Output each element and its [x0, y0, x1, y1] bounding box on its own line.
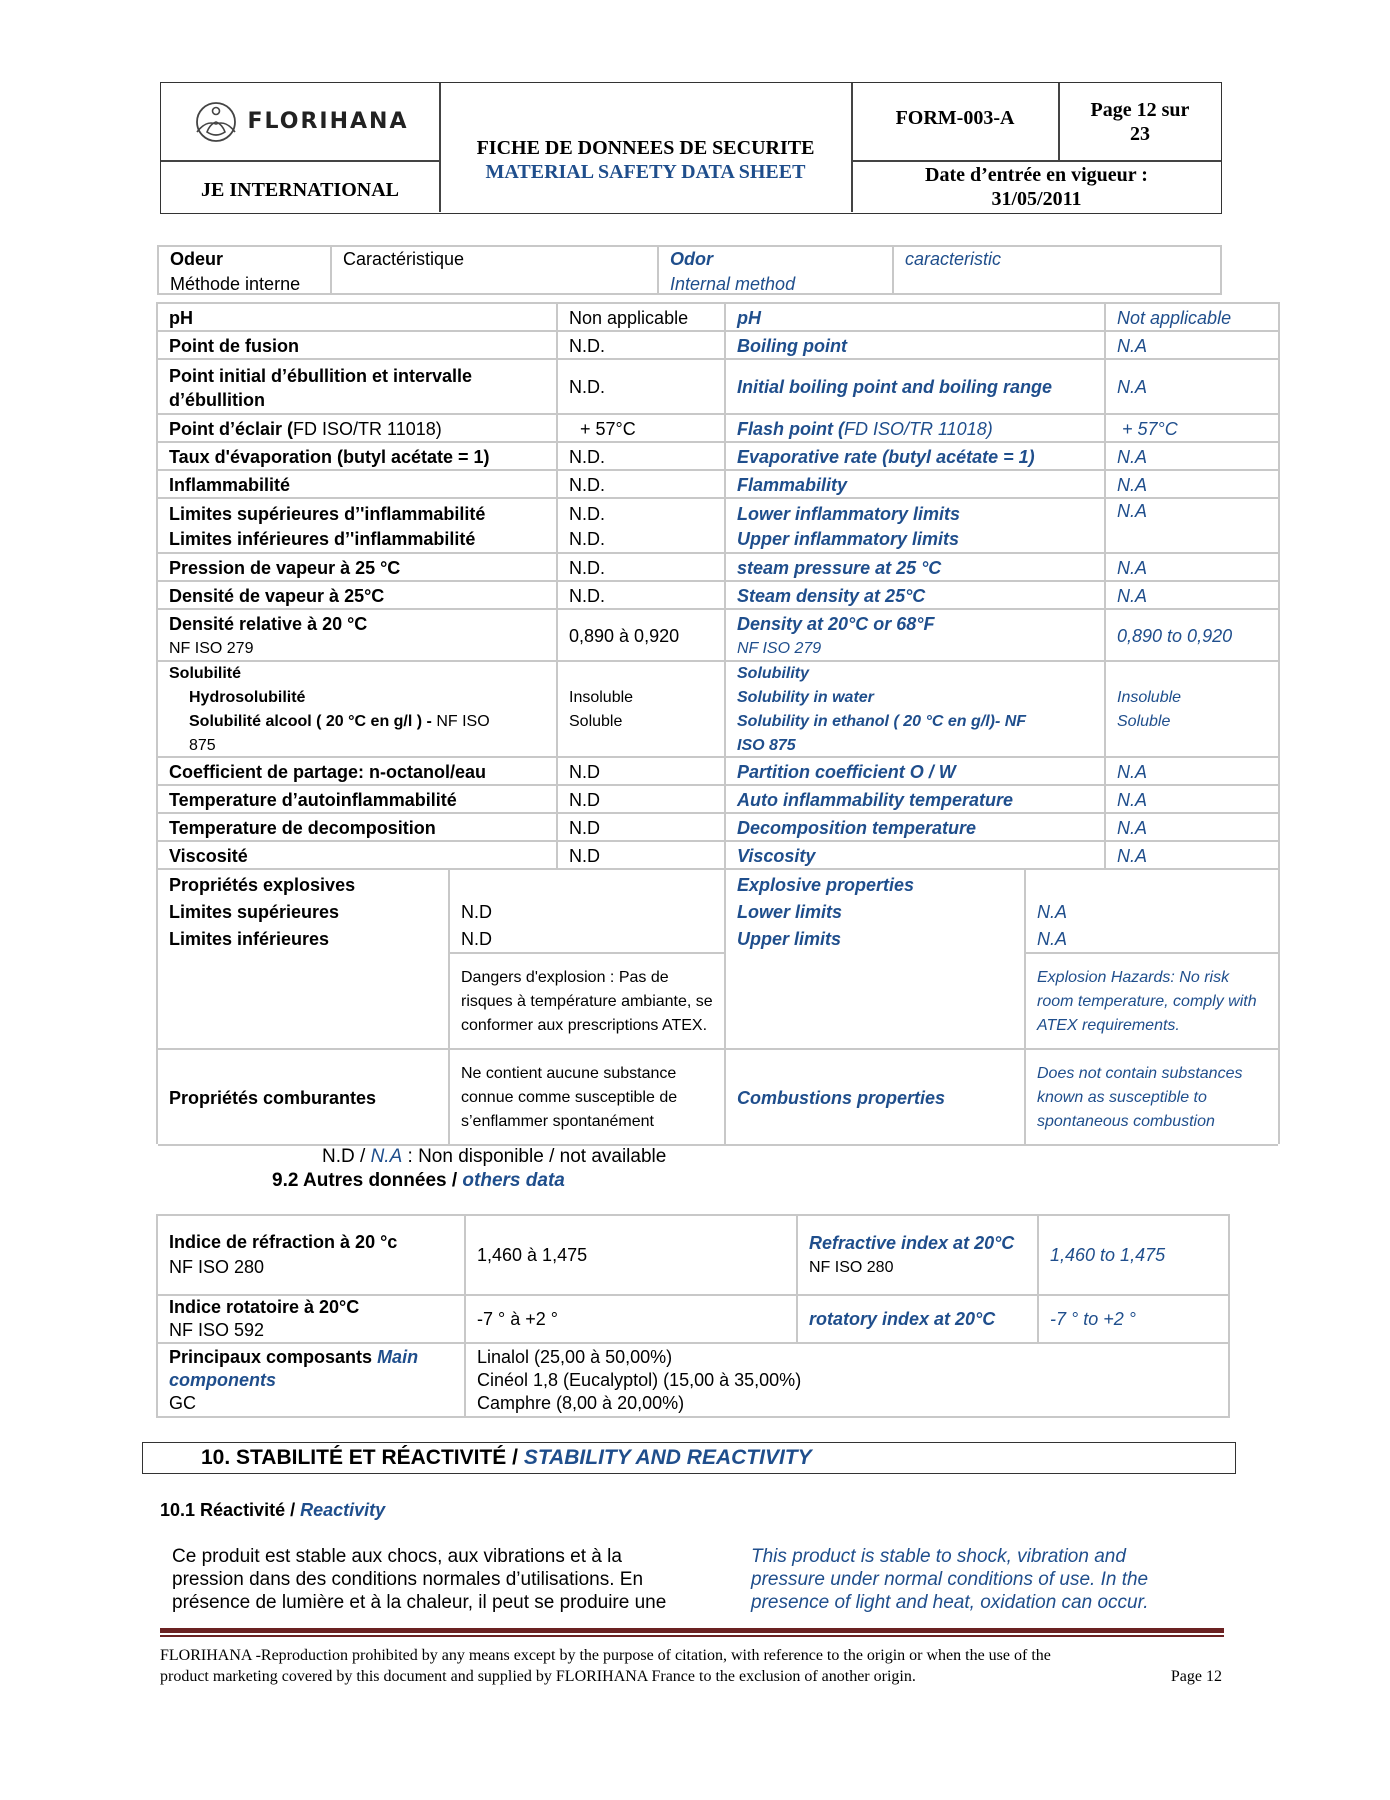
- cell-divider: [724, 360, 726, 415]
- refraction-value-en: 1,460 to 1,475: [1039, 1216, 1228, 1294]
- property-value-en: N.A: [1117, 499, 1267, 524]
- effective-date-value: 31/05/2011: [991, 187, 1081, 211]
- cell-divider: [448, 870, 450, 1050]
- property-name-fr: Pression de vapeur à 25 °C: [169, 556, 545, 581]
- property-value-fr: InsolubleSoluble: [558, 662, 724, 758]
- property-label-en: Partition coefficient O / W: [726, 758, 1104, 786]
- cell-divider: [1104, 610, 1106, 662]
- property-name-en: Initial boiling point and boiling range: [737, 375, 1093, 400]
- table-row: pHNon applicablepHNot applicable: [158, 304, 1278, 332]
- property-value-fr: Non applicable: [569, 306, 713, 331]
- property-value-en: N.A: [1117, 788, 1267, 813]
- rotatory-title-fr: Indice rotatoire à 20°C: [169, 1296, 453, 1319]
- property-name-en: Viscosity: [737, 844, 1093, 869]
- rotatory-label-fr: Indice rotatoire à 20°C NF ISO 592: [158, 1296, 464, 1342]
- cell-divider: [724, 610, 726, 662]
- reactivity-title-fr: 10.1 Réactivité /: [160, 1500, 300, 1520]
- footer-line-1: FLORIHANA -Reproduction prohibited by an…: [160, 1645, 1230, 1666]
- cell-divider: [556, 786, 558, 814]
- property-value-fr: N.D: [558, 814, 724, 842]
- property-label-fr: Point d’éclair (FD ISO/TR 11018): [158, 415, 556, 443]
- rotatory-norm-fr: NF ISO 592: [169, 1319, 453, 1342]
- property-norm-fr: FD ISO/TR 11018): [293, 419, 442, 439]
- abbreviation-legend: N.D / N.A : Non disponible / not availab…: [322, 1145, 666, 1169]
- cell-divider: [1104, 662, 1106, 758]
- oxidizing-label-fr: Propriétés comburantes: [158, 1050, 448, 1146]
- cell-divider: [448, 952, 724, 954]
- table-row: Limites supérieures d’'inflammabilitéLim…: [158, 499, 1278, 554]
- property-value-en: N.A: [1106, 814, 1278, 842]
- property-value-fr: N.D: [558, 758, 724, 786]
- cell-divider: [1024, 870, 1026, 1050]
- table-row: Coefficient de partage: n-octanol/eauN.D…: [158, 758, 1278, 786]
- section-9-2-title-fr: 9.2 Autres données /: [272, 1170, 462, 1191]
- property-label-fr: Coefficient de partage: n-octanol/eau: [158, 758, 556, 786]
- explosive-limit-value-fr: N.D: [461, 899, 713, 926]
- cell-divider: [556, 471, 558, 499]
- solubility-norm-fr: NF ISO: [436, 713, 489, 730]
- components-method: GC: [169, 1392, 453, 1415]
- property-label-fr: Limites supérieures d’'inflammabilitéLim…: [158, 499, 556, 554]
- property-label-en: Viscosity: [726, 842, 1104, 870]
- cell-divider: [556, 842, 558, 870]
- property-norm-fr: NF ISO 279: [169, 637, 545, 660]
- table-row: Point initial d’ébullition et intervalle…: [158, 360, 1278, 415]
- property-value-en: N.A: [1106, 471, 1278, 499]
- property-value-fr: N.D.: [569, 473, 713, 498]
- property-value-en: N.A: [1117, 844, 1267, 869]
- property-value-fr: N.D.: [569, 556, 713, 581]
- property-name-fr: pH: [169, 306, 545, 331]
- solubility-alcohol-fr: Solubilité alcool ( 20 °C en g/l ) -: [189, 713, 436, 730]
- property-name-en: Decomposition temperature: [737, 816, 1093, 841]
- reactivity-text-en: This product is stable to shock, vibrati…: [751, 1545, 1231, 1614]
- explosive-limits-en: N.AN.A: [1026, 897, 1278, 951]
- property-value-fr: + 57°C: [580, 417, 713, 442]
- property-name-en: Auto inflammability temperature: [737, 788, 1093, 813]
- property-value-en: N.A: [1106, 758, 1278, 786]
- cell-divider: [724, 1050, 726, 1146]
- property-value-en: 0,890 to 0,920: [1117, 624, 1267, 649]
- property-name-en: Lower inflammatory limits: [737, 502, 1093, 527]
- property-value-en: N.A: [1117, 445, 1267, 470]
- property-value-fr: N.D.: [569, 584, 713, 609]
- cell-divider: [556, 662, 558, 758]
- cell-divider: [724, 554, 726, 582]
- cell-divider: [556, 610, 558, 662]
- cell-divider: [1104, 842, 1106, 870]
- explosive-line-fr: Propriétés explosives: [169, 872, 437, 899]
- explosive-line-en: Explosive properties: [737, 872, 1013, 899]
- explosive-line-en: Upper limits: [737, 926, 1013, 953]
- section-10-title-en: STABILITY AND REACTIVITY: [524, 1446, 812, 1469]
- refraction-label-en: Refractive index at 20°C NF ISO 280: [798, 1216, 1037, 1294]
- property-value-fr: N.D.: [558, 554, 724, 582]
- table-row: Densité relative à 20 °CNF ISO 2790,890 …: [158, 610, 1278, 662]
- property-value-fr: N.D.: [558, 443, 724, 471]
- section-9-2-heading: 9.2 Autres données / others data: [272, 1169, 565, 1193]
- odor-value-en: caracteristic: [894, 247, 1219, 272]
- page-info: Page 12 sur 23: [1059, 83, 1221, 160]
- refraction-value-fr: 1,460 à 1,475: [466, 1216, 796, 1294]
- property-value-en: N.A: [1117, 816, 1267, 841]
- property-name-fr: Limites supérieures d’'inflammabilité: [169, 502, 545, 527]
- table-row: Taux d'évaporation (butyl acétate = 1)N.…: [158, 443, 1278, 471]
- property-label-en: Steam density at 25°C: [726, 582, 1104, 610]
- reactivity-title-en: Reactivity: [300, 1500, 385, 1520]
- property-value-en: N.A: [1106, 554, 1278, 582]
- table-row: Point de fusionN.D.Boiling pointN.A: [158, 332, 1278, 360]
- property-label-fr: Point de fusion: [158, 332, 556, 360]
- component-item: Cinéol 1,8 (Eucalyptol) (15,00 à 35,00%): [477, 1369, 1215, 1392]
- components-label: Principaux composants Main components GC: [158, 1344, 464, 1416]
- cell-divider: [1104, 554, 1106, 582]
- title-fr: FICHE DE DONNEES DE SECURITE: [477, 136, 815, 160]
- cell-divider: [448, 1050, 450, 1146]
- legend-text: : Non disponible / not available: [402, 1146, 666, 1167]
- property-name-fr: Point initial d’ébullition et intervalle…: [169, 364, 545, 412]
- footer-page-number: Page 12: [1160, 1666, 1222, 1687]
- table-row: Densité de vapeur à 25°CN.D.Steam densit…: [158, 582, 1278, 610]
- brand-name: FLORIHANA: [248, 110, 409, 134]
- explosive-line-fr: Limites supérieures: [169, 899, 437, 926]
- legend-nd: N.D /: [322, 1146, 371, 1167]
- property-name-en: Partition coefficient O / W: [737, 760, 1093, 785]
- property-value-en: N.A: [1106, 499, 1278, 554]
- table-row: Temperature de decompositionN.DDecomposi…: [158, 814, 1278, 842]
- cell-divider: [1024, 1050, 1026, 1146]
- table-row: InflammabilitéN.D.FlammabilityN.A: [158, 471, 1278, 499]
- lotus-logo-icon: [192, 98, 240, 146]
- property-value-en: N.A: [1117, 375, 1267, 400]
- cell-divider: [724, 499, 726, 554]
- cell-divider: [556, 582, 558, 610]
- cell-divider: [724, 786, 726, 814]
- property-value-en: + 57°C: [1106, 415, 1278, 443]
- reactivity-line-fr: pression dans des conditions normales d’…: [172, 1568, 732, 1591]
- property-value-fr: 0,890 à 0,920: [569, 624, 713, 649]
- property-value-en: N.A: [1117, 334, 1267, 359]
- document-title: FICHE DE DONNEES DE SECURITE MATERIAL SA…: [440, 83, 851, 213]
- property-name-fr: Point d’éclair (: [169, 419, 293, 439]
- property-name-fr: Point de fusion: [169, 334, 545, 359]
- property-label-en: Lower inflammatory limitsUpper inflammat…: [726, 499, 1104, 554]
- property-value-en: N.A: [1106, 332, 1278, 360]
- cell-divider: [556, 304, 558, 332]
- reactivity-line-fr: Ce produit est stable aux chocs, aux vib…: [172, 1545, 732, 1568]
- component-item: Camphre (8,00 à 20,00%): [477, 1392, 1215, 1415]
- cell-divider: [724, 814, 726, 842]
- property-value-fr: N.D.: [558, 471, 724, 499]
- property-value-fr: N.D.: [569, 375, 713, 400]
- property-value-en: Not applicable: [1106, 304, 1278, 332]
- cell-divider: [556, 554, 558, 582]
- cell-divider: [556, 332, 558, 360]
- cell-divider: [1104, 499, 1106, 554]
- property-value-en: N.A: [1106, 443, 1278, 471]
- property-value-fr: N.D: [569, 816, 713, 841]
- solubility-value-fr: Soluble: [569, 710, 713, 734]
- solubility-norm-cont-fr: 875: [169, 734, 545, 758]
- property-label-en: Auto inflammability temperature: [726, 786, 1104, 814]
- property-name-fr: Viscosité: [169, 844, 545, 869]
- section-10-1-heading: 10.1 Réactivité / Reactivity: [160, 1498, 385, 1522]
- table-row: SolubilitéHydrosolubilitéSolubilité alco…: [158, 662, 1278, 758]
- components-list: Linalol (25,00 à 50,00%)Cinéol 1,8 (Euca…: [466, 1344, 1226, 1416]
- other-data-table: Indice de réfraction à 20 °c NF ISO 280 …: [156, 1214, 1230, 1418]
- property-name-en: Steam density at 25°C: [737, 584, 1093, 609]
- explosive-limit-value-en: N.A: [1037, 899, 1267, 926]
- cell-divider: [1104, 758, 1106, 786]
- property-name-fr: Temperature de decomposition: [169, 816, 545, 841]
- solubility-line-en: Solubility: [737, 662, 1093, 686]
- reactivity-line-fr: présence de lumière et à la chaleur, il …: [172, 1591, 732, 1614]
- effective-date: Date d’entrée en vigueur : 31/05/2011: [852, 161, 1221, 213]
- property-value-en: + 57°C: [1122, 417, 1267, 442]
- odor-method-fr: Méthode interne: [170, 272, 319, 297]
- property-value-en: InsolubleSoluble: [1106, 662, 1278, 758]
- refraction-label-fr: Indice de réfraction à 20 °c NF ISO 280: [158, 1216, 464, 1294]
- property-label-fr: Taux d'évaporation (butyl acétate = 1): [158, 443, 556, 471]
- property-value-en: 0,890 to 0,920: [1106, 610, 1278, 662]
- reactivity-line-en: This product is stable to shock, vibrati…: [751, 1545, 1231, 1568]
- property-label-fr: Temperature d’autoinflammabilité: [158, 786, 556, 814]
- oxidizing-value-en: Does not contain substances known as sus…: [1026, 1050, 1278, 1146]
- cell-divider: [724, 304, 726, 332]
- property-value-fr: Non applicable: [558, 304, 724, 332]
- odor-label-en: Odor Internal method: [659, 247, 892, 297]
- property-value-fr: N.D: [558, 842, 724, 870]
- property-norm-en: FD ISO/TR 11018): [844, 419, 993, 439]
- property-norm-en: NF ISO 279: [737, 637, 1093, 660]
- cell-divider: [1104, 332, 1106, 360]
- property-value-fr: N.D.: [558, 332, 724, 360]
- explosive-properties-row: Propriétés explosivesLimites supérieures…: [158, 870, 1278, 1050]
- rotatory-value-fr: -7 ° à +2 °: [466, 1296, 796, 1342]
- solubility-line-en: ISO 875: [737, 734, 1093, 758]
- cell-divider: [1104, 814, 1106, 842]
- refraction-title-fr: Indice de réfraction à 20 °c: [169, 1230, 453, 1255]
- cell-divider: [724, 443, 726, 471]
- company-name: JE INTERNATIONAL: [161, 161, 439, 213]
- property-value-fr: N.D: [569, 788, 713, 813]
- oxidizing-value-fr: Ne contient aucune substance connue comm…: [450, 1050, 724, 1146]
- property-label-en: Density at 20°C or 68°FNF ISO 279: [726, 610, 1104, 662]
- cell-divider: [1104, 443, 1106, 471]
- components-title-fr: Principaux composants: [169, 1347, 377, 1367]
- solubility-value-en: Soluble: [1117, 710, 1267, 734]
- solubility-line-en: Solubility in ethanol ( 20 °C en g/l)- N…: [737, 710, 1093, 734]
- title-en: MATERIAL SAFETY DATA SHEET: [486, 160, 806, 184]
- cell-divider: [1104, 786, 1106, 814]
- oxidizing-properties-row: Propriétés comburantesNe contient aucune…: [158, 1050, 1278, 1146]
- document-header: FLORIHANA JE INTERNATIONAL FICHE DE DONN…: [160, 82, 1222, 214]
- property-name-en: Flash point (: [737, 419, 844, 439]
- table-row: Point d’éclair (FD ISO/TR 11018)+ 57°CFl…: [158, 415, 1278, 443]
- property-value-fr: N.D: [569, 760, 713, 785]
- property-name-fr: Inflammabilité: [169, 473, 545, 498]
- brand-logo: FLORIHANA: [161, 83, 439, 160]
- solubility-value-fr: Insoluble: [569, 686, 713, 710]
- solubility-line-en: Solubility in water: [737, 686, 1093, 710]
- table-row: Temperature d’autoinflammabilitéN.DAuto …: [158, 786, 1278, 814]
- table-row: Pression de vapeur à 25 °CN.D.steam pres…: [158, 554, 1278, 582]
- property-name-fr: Densité de vapeur à 25°C: [169, 584, 545, 609]
- property-name-fr: Taux d'évaporation (butyl acétate = 1): [169, 445, 545, 470]
- cell-divider: [724, 662, 726, 758]
- property-name-en: steam pressure at 25 °C: [737, 556, 1093, 581]
- property-name-fr: Coefficient de partage: n-octanol/eau: [169, 760, 545, 785]
- property-value-fr: N.D: [558, 786, 724, 814]
- property-label-fr: Inflammabilité: [158, 471, 556, 499]
- odor-method-en: Internal method: [670, 272, 881, 297]
- property-label-en: Decomposition temperature: [726, 814, 1104, 842]
- odor-value-fr: Caractéristique: [332, 247, 657, 272]
- rotatory-label-en: rotatory index at 20°C: [798, 1296, 1037, 1342]
- property-value-en: N.A: [1106, 786, 1278, 814]
- cell-divider: [1104, 304, 1106, 332]
- property-name-en: Boiling point: [737, 334, 1093, 359]
- property-value-fr: N.D.: [569, 334, 713, 359]
- property-value-en: N.A: [1117, 556, 1267, 581]
- property-value-en: N.A: [1106, 842, 1278, 870]
- property-name-fr-2: Limites inférieures d’'inflammabilité: [169, 527, 545, 552]
- property-value-en: N.A: [1106, 360, 1278, 415]
- explosive-limit-value-fr: N.D: [461, 926, 713, 953]
- odor-label-fr: Odeur Méthode interne: [159, 247, 330, 293]
- component-item: Linalol (25,00 à 50,00%): [477, 1346, 1215, 1369]
- property-name-en: Evaporative rate (butyl acétate = 1): [737, 445, 1093, 470]
- reactivity-line-en: pressure under normal conditions of use.…: [751, 1568, 1231, 1591]
- property-value-en: N.A: [1117, 473, 1267, 498]
- explosive-limits-fr: N.DN.D: [450, 897, 724, 951]
- cell-divider: [724, 415, 726, 443]
- explosive-limit-value-en: N.A: [1037, 926, 1267, 953]
- solubility-title-fr: Solubilité: [169, 662, 545, 686]
- property-label-fr: pH: [158, 304, 556, 332]
- cell-divider: [556, 758, 558, 786]
- footer-rule: [160, 1628, 1224, 1633]
- cell-divider: [1024, 952, 1278, 954]
- property-label-fr: Densité relative à 20 °CNF ISO 279: [158, 610, 556, 662]
- cell-divider: [556, 443, 558, 471]
- cell-divider: [1104, 360, 1106, 415]
- property-label-fr: Pression de vapeur à 25 °C: [158, 554, 556, 582]
- solubility-value-en: Insoluble: [1117, 686, 1267, 710]
- property-value-fr: N.D.: [558, 582, 724, 610]
- property-value-fr: N.D.: [569, 445, 713, 470]
- property-name-en: Flammability: [737, 473, 1093, 498]
- property-label-en: steam pressure at 25 °C: [726, 554, 1104, 582]
- reactivity-text-fr: Ce produit est stable aux chocs, aux vib…: [172, 1545, 732, 1614]
- cell-divider: [724, 842, 726, 870]
- property-label-fr: Viscosité: [158, 842, 556, 870]
- refraction-title-en: Refractive index at 20°C: [809, 1231, 1026, 1256]
- odor-table: Odeur Méthode interne Caractéristique Od…: [157, 245, 1222, 295]
- property-label-en: Initial boiling point and boiling range: [726, 360, 1104, 415]
- section-10-title-fr: 10. STABILITÉ ET RÉACTIVITÉ /: [201, 1446, 524, 1469]
- section-9-2-title-en: others data: [462, 1170, 564, 1191]
- cell-divider: [1104, 415, 1106, 443]
- explosive-line-fr: Limites inférieures: [169, 926, 437, 953]
- property-value-fr: N.D.N.D.: [558, 499, 724, 554]
- property-name-en: pH: [737, 306, 1093, 331]
- cell-divider: [1104, 471, 1106, 499]
- cell-divider: [724, 582, 726, 610]
- property-value-fr: N.D.: [569, 502, 713, 527]
- explosive-line-en: Lower limits: [737, 899, 1013, 926]
- footer-rule-thin: [160, 1635, 1224, 1637]
- cell-divider: [724, 870, 726, 1050]
- property-label-en: Flammability: [726, 471, 1104, 499]
- property-value-en: Not applicable: [1117, 306, 1267, 331]
- cell-divider: [724, 332, 726, 360]
- cell-divider: [556, 415, 558, 443]
- property-label-en: Flash point (FD ISO/TR 11018): [726, 415, 1104, 443]
- property-value-fr: + 57°C: [558, 415, 724, 443]
- effective-date-label: Date d’entrée en vigueur :: [925, 163, 1148, 187]
- property-value-en: N.A: [1117, 760, 1267, 785]
- cell-divider: [556, 499, 558, 554]
- form-code: FORM-003-A: [852, 83, 1058, 160]
- explosive-hazard-en: Explosion Hazards: No risk room temperat…: [1026, 954, 1278, 1050]
- property-name-fr: Temperature d’autoinflammabilité: [169, 788, 545, 813]
- property-label-fr: Point initial d’ébullition et intervalle…: [158, 360, 556, 415]
- cell-divider: [1104, 582, 1106, 610]
- property-label-en: pH: [726, 304, 1104, 332]
- property-name-en-2: Upper inflammatory limits: [737, 527, 1093, 552]
- property-label-en: Evaporative rate (butyl acétate = 1): [726, 443, 1104, 471]
- property-label-fr: SolubilitéHydrosolubilitéSolubilité alco…: [158, 662, 556, 758]
- cell-divider: [724, 471, 726, 499]
- property-label-en: SolubilitySolubility in waterSolubility …: [726, 662, 1104, 758]
- cell-divider: [724, 758, 726, 786]
- physical-properties-table: pHNon applicablepHNot applicablePoint de…: [156, 302, 1280, 1144]
- property-value-en: N.A: [1117, 584, 1267, 609]
- solubility-water-fr: Hydrosolubilité: [169, 686, 545, 710]
- refraction-norm-fr: NF ISO 280: [169, 1255, 453, 1280]
- rotatory-value-en: -7 ° to +2 °: [1039, 1296, 1228, 1342]
- footer-line-2: product marketing covered by this docume…: [160, 1666, 916, 1687]
- reactivity-line-en: presence of light and heat, oxidation ca…: [751, 1591, 1231, 1614]
- property-value-fr: 0,890 à 0,920: [558, 610, 724, 662]
- refraction-norm-en: NF ISO 280: [809, 1256, 1026, 1279]
- odor-title-en: Odor: [670, 247, 881, 272]
- odor-title-fr: Odeur: [170, 247, 319, 272]
- property-name-en: Density at 20°C or 68°F: [737, 612, 1093, 637]
- property-label-en: Boiling point: [726, 332, 1104, 360]
- legend-na: N.A: [371, 1146, 403, 1167]
- explosive-hazard-fr: Dangers d'explosion : Pas de risques à t…: [450, 954, 724, 1050]
- property-value-en: N.A: [1106, 582, 1278, 610]
- property-value-fr-2: N.D.: [569, 527, 713, 552]
- explosive-label-en: Explosive propertiesLower limitsUpper li…: [726, 870, 1024, 1050]
- cell-divider: [556, 360, 558, 415]
- table-row: ViscositéN.DViscosityN.A: [158, 842, 1278, 870]
- property-label-fr: Densité de vapeur à 25°C: [158, 582, 556, 610]
- property-name-fr: Densité relative à 20 °C: [169, 612, 545, 637]
- property-value-fr: N.D.: [558, 360, 724, 415]
- property-value-fr: N.D: [569, 844, 713, 869]
- property-label-fr: Temperature de decomposition: [158, 814, 556, 842]
- section-10-heading: 10. STABILITÉ ET RÉACTIVITÉ / STABILITY …: [142, 1442, 1236, 1474]
- oxidizing-label-en: Combustions properties: [726, 1050, 1024, 1146]
- explosive-label-fr: Propriétés explosivesLimites supérieures…: [158, 870, 448, 1050]
- cell-divider: [556, 814, 558, 842]
